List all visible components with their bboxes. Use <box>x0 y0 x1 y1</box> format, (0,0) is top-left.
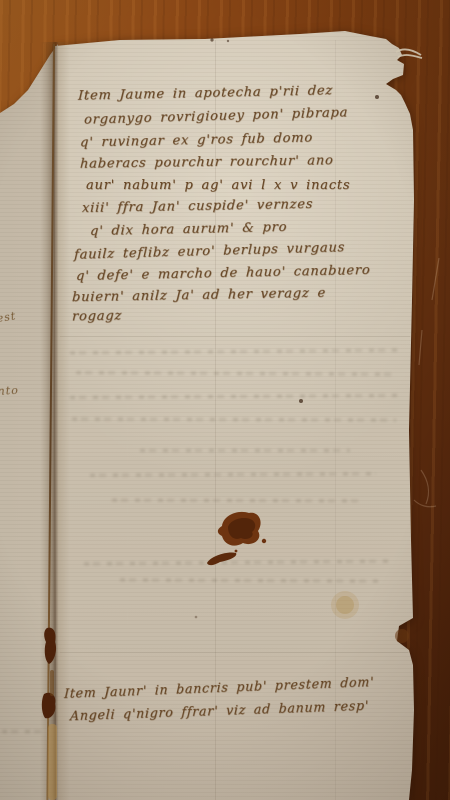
showthrough-mark <box>84 560 389 566</box>
handwriting-line: haberacs pourchur rourchur' ano <box>80 153 334 172</box>
showthrough-mark <box>90 472 376 476</box>
handwriting-line: aur' nabum' p ag' avi l x v inacts <box>86 178 350 193</box>
handwriting-line: Angeli q'nigro ffrar' viz ad banum resp' <box>70 698 370 723</box>
faint-rule-line <box>60 336 410 337</box>
showthrough-mark <box>70 394 400 399</box>
handwriting-line: rogagz <box>72 309 123 325</box>
showthrough-mark <box>120 578 382 582</box>
handwriting-line: fauilz teflibz euro' berlups vurgaus <box>74 240 346 263</box>
handwriting-line: q' dix hora aurum' & pro <box>90 220 288 239</box>
handwriting-line: Item Jaunr' in bancris pub' prestem dom' <box>64 674 375 701</box>
handwriting-line: buiern' anilz Ja' ad her veragz e <box>72 286 327 305</box>
handwriting-line: Item Jaume in apotecha p'rii dez <box>78 83 334 103</box>
manuscript-photo: s p prest quanto nul Item Jaume in apote… <box>0 0 450 800</box>
showthrough-mark <box>70 349 400 355</box>
handwriting-line: xiii' ffra Jan' cuspide' vernzes <box>82 197 314 216</box>
showthrough-mark <box>72 417 396 421</box>
handwriting-line: organygo rovrigiouey pon' pibrapa <box>84 105 349 127</box>
showthrough-mark <box>140 449 350 452</box>
showthrough-mark <box>76 371 394 376</box>
faint-rule-line <box>60 652 408 653</box>
handwriting-line: q' defe' e marcho de hauo' canabuero <box>76 263 371 284</box>
showthrough-mark <box>112 499 362 503</box>
handwriting-line: q' ruvingar ex g'ros fub domo <box>80 131 314 151</box>
binding-gutter-shadow <box>40 42 70 800</box>
